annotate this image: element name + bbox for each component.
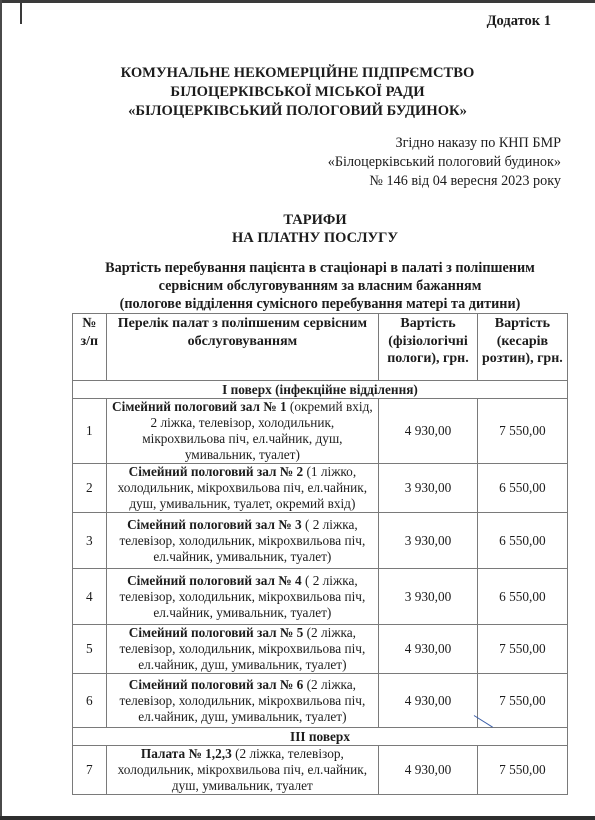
price-physiological: 3 930,00 — [379, 464, 478, 513]
section-row: І поверх (інфекційне відділення) — [73, 381, 568, 399]
room-description: Сімейний пологовий зал № 4 ( 2 ліжка, те… — [106, 569, 379, 625]
row-number: 4 — [73, 569, 107, 625]
scan-mark — [20, 2, 22, 24]
header-cesarean: Вартість (кесарів розтин), грн. — [477, 314, 567, 381]
price-cesarean: 7 550,00 — [477, 674, 567, 728]
price-cesarean: 7 550,00 — [477, 399, 567, 464]
price-physiological: 4 930,00 — [379, 399, 478, 464]
table-row: 4Сімейний пологовий зал № 4 ( 2 ліжка, т… — [73, 569, 568, 625]
subtitle-line-2: сервісним обслуговуванням за власним баж… — [60, 277, 580, 295]
room-name: Палата № 1,2,3 — [141, 746, 232, 761]
table-row: 5Сімейний пологовий зал № 5 (2 ліжка, те… — [73, 625, 568, 674]
section-title: ІІІ поверх — [73, 728, 568, 746]
header-num: № з/п — [73, 314, 107, 381]
appendix-label: Додаток 1 — [487, 13, 551, 30]
table-header-row: № з/п Перелік палат з поліпшеним сервісн… — [73, 314, 568, 381]
row-number: 6 — [73, 674, 107, 728]
price-cesarean: 6 550,00 — [477, 569, 567, 625]
room-description: Сімейний пологовий зал № 3 ( 2 ліжка, те… — [106, 513, 379, 569]
order-line-3: № 146 від 04 вересня 2023 року — [328, 172, 561, 191]
header-physiological: Вартість (фізіологічні пологи), грн. — [379, 314, 478, 381]
document-subtitle: Вартість перебування пацієнта в стаціона… — [60, 259, 580, 313]
organization-line-2: БІЛОЦЕРКІВСЬКОЇ МІСЬКОЇ РАДИ — [0, 83, 595, 102]
table-body: І поверх (інфекційне відділення)1Сімейни… — [73, 381, 568, 795]
organization-line-1: КОМУНАЛЬНЕ НЕКОМЕРЦІЙНЕ ПІДПРЄМСТВО — [0, 64, 595, 83]
row-number: 5 — [73, 625, 107, 674]
row-number: 1 — [73, 399, 107, 464]
organization-line-3: «БІЛОЦЕРКІВСЬКИЙ ПОЛОГОВИЙ БУДИНОК» — [0, 102, 595, 121]
subtitle-line-1: Вартість перебування пацієнта в стаціона… — [60, 259, 580, 277]
organization-header: КОМУНАЛЬНЕ НЕКОМЕРЦІЙНЕ ПІДПРЄМСТВО БІЛО… — [0, 64, 595, 121]
table-row: 1Сімейний пологовий зал № 1 (окремий вхі… — [73, 399, 568, 464]
room-name: Сімейний пологовий зал № 4 — [127, 573, 302, 588]
room-description: Палата № 1,2,3 (2 ліжка, телевізор, холо… — [106, 746, 379, 795]
room-description: Сімейний пологовий зал № 5 (2 ліжка, тел… — [106, 625, 379, 674]
scan-frame-left — [0, 0, 2, 820]
price-cesarean: 7 550,00 — [477, 625, 567, 674]
room-name: Сімейний пологовий зал № 1 — [112, 399, 287, 414]
scan-frame-bottom — [0, 816, 595, 820]
price-physiological: 3 930,00 — [379, 513, 478, 569]
price-physiological: 3 930,00 — [379, 569, 478, 625]
price-physiological: 4 930,00 — [379, 746, 478, 795]
tariffs-table: № з/п Перелік палат з поліпшеним сервісн… — [72, 313, 568, 795]
price-cesarean: 6 550,00 — [477, 464, 567, 513]
table-row: 3Сімейний пологовий зал № 3 ( 2 ліжка, т… — [73, 513, 568, 569]
table-row: 7Палата № 1,2,3 (2 ліжка, телевізор, хол… — [73, 746, 568, 795]
title-line-1: ТАРИФИ — [0, 211, 595, 229]
price-cesarean: 6 550,00 — [477, 513, 567, 569]
section-title: І поверх (інфекційне відділення) — [73, 381, 568, 399]
room-description: Сімейний пологовий зал № 1 (окремий вхід… — [106, 399, 379, 464]
document-title: ТАРИФИ НА ПЛАТНУ ПОСЛУГУ — [0, 211, 595, 247]
price-physiological: 4 930,00 — [379, 674, 478, 728]
order-line-1: Згідно наказу по КНП БМР — [328, 134, 561, 153]
table-row: 6Сімейний пологовий зал № 6 (2 ліжка, те… — [73, 674, 568, 728]
room-description: Сімейний пологовий зал № 6 (2 ліжка, тел… — [106, 674, 379, 728]
room-name: Сімейний пологовий зал № 3 — [127, 517, 302, 532]
header-name: Перелік палат з поліпшеним сервісним обс… — [106, 314, 379, 381]
row-number: 3 — [73, 513, 107, 569]
price-cesarean: 7 550,00 — [477, 746, 567, 795]
room-name: Сімейний пологовий зал № 6 — [129, 677, 304, 692]
table-row: 2Сімейний пологовий зал № 2 (1 ліжко, хо… — [73, 464, 568, 513]
room-name: Сімейний пологовий зал № 5 — [129, 625, 304, 640]
section-row: ІІІ поверх — [73, 728, 568, 746]
title-line-2: НА ПЛАТНУ ПОСЛУГУ — [0, 229, 595, 247]
row-number: 7 — [73, 746, 107, 795]
row-number: 2 — [73, 464, 107, 513]
order-reference: Згідно наказу по КНП БМР «Білоцерківськи… — [328, 134, 561, 191]
price-physiological: 4 930,00 — [379, 625, 478, 674]
room-name: Сімейний пологовий зал № 2 — [129, 464, 304, 479]
scan-frame-top — [0, 0, 595, 3]
order-line-2: «Білоцерківський пологовий будинок» — [328, 153, 561, 172]
room-description: Сімейний пологовий зал № 2 (1 ліжко, хол… — [106, 464, 379, 513]
subtitle-line-3: (пологове відділення сумісного перебуван… — [60, 295, 580, 313]
